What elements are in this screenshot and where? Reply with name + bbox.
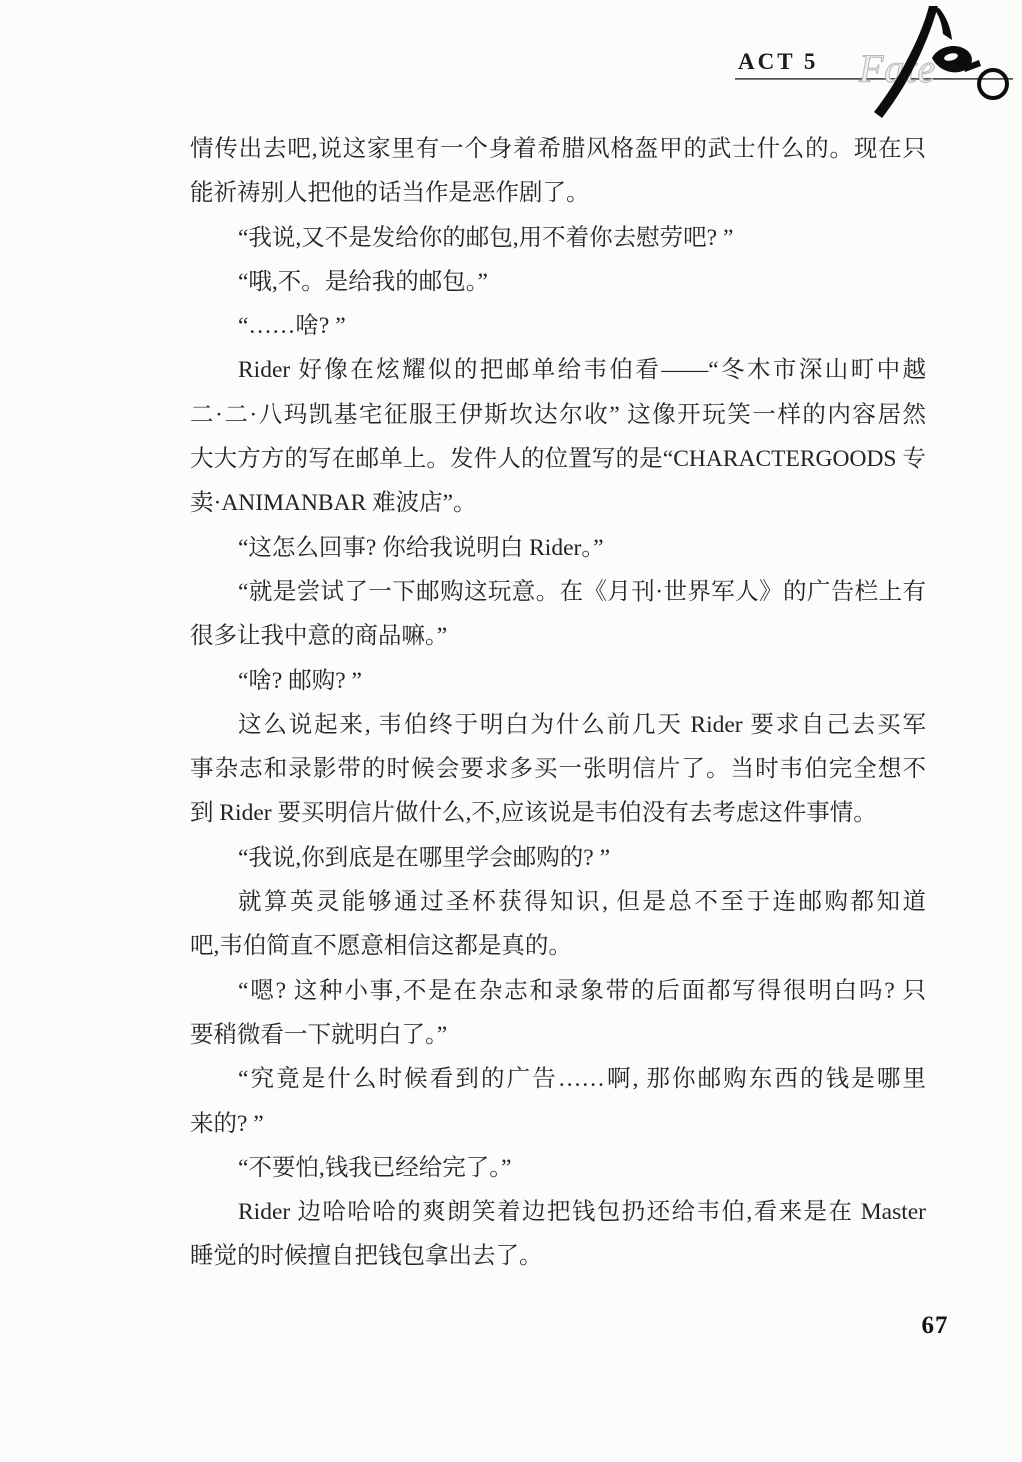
text-line: 要稍微看一下就明白了。” xyxy=(190,1013,926,1057)
text-line: 大大方方的写在邮单上。发件人的位置写的是“CHARACTERGOODS 专 xyxy=(190,437,926,481)
text-line: 很多让我中意的商品嘛。” xyxy=(190,614,926,658)
text-line: “哦,不。是给我的邮包。” xyxy=(190,260,926,304)
text-line: 二·二·八玛凯基宅征服王伊斯坎达尔收” 这像开玩笑一样的内容居然 xyxy=(190,393,926,437)
text-line: “究竟是什么时候看到的广告……啊, 那你邮购东西的钱是哪里 xyxy=(190,1057,926,1101)
text-line: “嗯? 这种小事,不是在杂志和录象带的后面都写得很明白吗? 只 xyxy=(190,969,926,1013)
fate-zero-logo: Fate xyxy=(855,6,1017,126)
text-line: “就是尝试了一下邮购这玩意。在《月刊·世界军人》的广告栏上有 xyxy=(190,570,926,614)
text-line: 卖·ANIMANBAR 难波店”。 xyxy=(190,481,926,525)
text-line: 这么说起来, 韦伯终于明白为什么前几天 Rider 要求自己去买军 xyxy=(190,703,926,747)
text-line: “我说,你到底是在哪里学会邮购的? ” xyxy=(190,836,926,880)
text-line: 事杂志和录影带的时候会要求多买一张明信片了。当时韦伯完全想不 xyxy=(190,747,926,791)
text-line: Rider 好像在炫耀似的把邮单给韦伯看——“冬木市深山町中越 xyxy=(190,348,926,392)
text-line: 就算英灵能够通过圣杯获得知识, 但是总不至于连邮购都知道 xyxy=(190,880,926,924)
text-line: 来的? ” xyxy=(190,1102,926,1146)
text-line: “啥? 邮购? ” xyxy=(190,659,926,703)
act-label: ACT 5 xyxy=(738,49,818,75)
text-line: 吧,韦伯简直不愿意相信这都是真的。 xyxy=(190,924,926,968)
text-line: Rider 边哈哈哈的爽朗笑着边把钱包扔还给韦伯,看来是在 Master xyxy=(190,1190,926,1234)
logo-o-ring xyxy=(979,70,1007,98)
text-line: 能祈祷别人把他的话当作是恶作剧了。 xyxy=(190,171,926,215)
page-number: 67 xyxy=(905,1312,965,1340)
text-line: “我说,又不是发给你的邮包,用不着你去慰劳吧? ” xyxy=(190,216,926,260)
text-line: 情传出去吧,说这家里有一个身着希腊风格盔甲的武士什么的。现在只 xyxy=(190,127,926,171)
text-line: 到 Rider 要买明信片做什么,不,应该说是韦伯没有去考虑这件事情。 xyxy=(190,791,926,835)
book-page: ACT 5 Fate 情传出去吧,说这家里有一个身着希腊风格盔甲的武士什么的。现… xyxy=(0,0,1022,1462)
body-text: 情传出去吧,说这家里有一个身着希腊风格盔甲的武士什么的。现在只能祈祷别人把他的话… xyxy=(190,127,926,1279)
text-line: “这怎么回事? 你给我说明白 Rider。” xyxy=(190,526,926,570)
text-line: “……啥? ” xyxy=(190,304,926,348)
logo-brush-fork xyxy=(934,8,952,40)
text-line: “不要怕,钱我已经给完了。” xyxy=(190,1146,926,1190)
text-line: 睡觉的时候擅自把钱包拿出去了。 xyxy=(190,1234,926,1278)
